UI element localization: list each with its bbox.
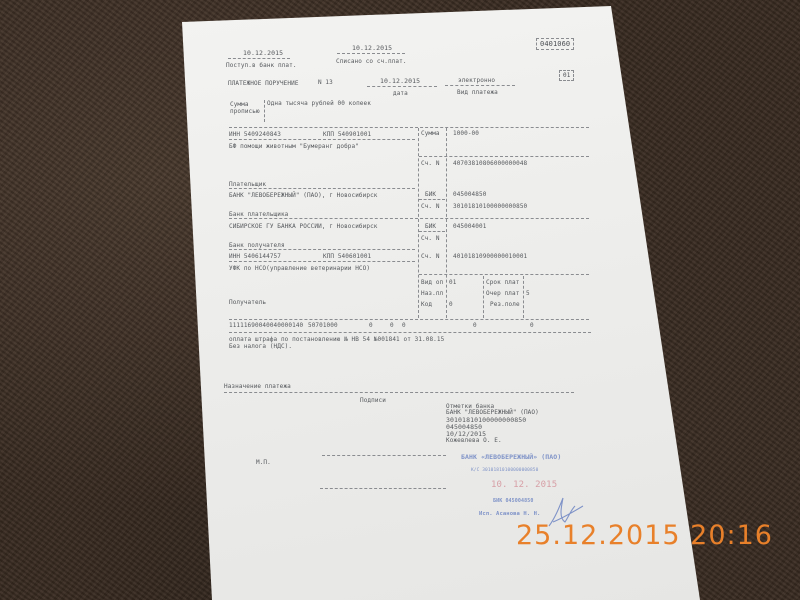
payer-bank-bik-label: БИК [425, 191, 436, 198]
payer-account-label: Сч. N [421, 160, 440, 167]
received-date: 10.12.2015 [243, 49, 283, 57]
debited-label: Списано со сч.плат. [336, 58, 407, 65]
divider [367, 86, 437, 87]
divider [229, 261, 415, 262]
payer-kpp: КПП 540901001 [323, 131, 371, 138]
tax-kbk: 11111690040040000140 [229, 322, 303, 329]
payer-bank-bik: 045004850 [453, 191, 486, 198]
amount-words-label: Сумма [230, 101, 249, 108]
payee-kpp: КПП 540601001 [323, 253, 371, 260]
payer-inn: ИНН 5409240843 [229, 131, 281, 138]
payment-type: электронно [458, 77, 495, 84]
signature-line-2 [320, 488, 446, 489]
camera-timestamp: 25.12.2015 20:16 [516, 520, 773, 551]
divider [337, 53, 405, 54]
divider [229, 249, 415, 250]
stamp-account: К/С 30101810100000000850 [471, 468, 538, 473]
payer-account: 40703810806000000048 [453, 160, 527, 167]
amount-words-label-2: прописью [230, 108, 260, 115]
payer-bank-name: БАНК "ЛЕВОБЕРЕЖНЫЙ" (ПАО), г Новосибирск [229, 192, 378, 199]
payment-order-document: 0401060 10.12.2015 Поступ.в банк плат. 1… [0, 0, 800, 600]
divider [229, 319, 589, 320]
debited-date: 10.12.2015 [352, 44, 392, 52]
tax-field-1: 0 [369, 322, 373, 329]
payee-label: Получатель [229, 299, 266, 306]
received-label: Поступ.в банк плат. [226, 62, 297, 69]
divider [483, 276, 484, 318]
tax-oktmo: 50701000 [308, 322, 338, 329]
payer-bank-label: Банк плательщика [229, 211, 288, 218]
purpose-code-label: Наз.пл [421, 290, 443, 297]
tax-field-5: 0 [530, 322, 534, 329]
reserve-label: Рез.поле [490, 301, 520, 308]
divider [229, 127, 589, 128]
divider [445, 85, 515, 86]
signature-line-1 [322, 455, 446, 456]
divider [229, 332, 591, 333]
payer-bank-account-label: Сч. N [421, 203, 440, 210]
divider [419, 156, 589, 157]
payee-bank-bik: 045004001 [453, 223, 486, 230]
payer-bank-account: 30101810100000000850 [453, 203, 527, 210]
sum-label: Сумма [421, 130, 440, 137]
op-type: 01 [449, 279, 456, 286]
term-label: Срок плат [486, 279, 519, 286]
divider [264, 100, 265, 122]
bank-marks-officer: Кожевлева О. Е. [446, 437, 502, 444]
divider [224, 392, 574, 393]
divider [419, 274, 589, 275]
bank-marks-bank: БАНК "ЛЕВОБЕРЕЖНЫЙ" (ПАО) [446, 409, 539, 416]
purpose-line-1: оплата штрафа по постановлению № НВ 54 №… [229, 336, 444, 343]
stamp-executor: Исп. Асанова Н. Н. [479, 511, 540, 517]
payee-name: УФК по НСО(управление ветеринарии НСО) [229, 265, 370, 272]
divider [419, 231, 445, 232]
payment-type-label: Вид платежа [457, 89, 498, 96]
tax-field-2: 0 [390, 322, 394, 329]
divider [229, 139, 415, 140]
payee-account: 40101810900000010001 [453, 253, 527, 260]
payee-inn: ИНН 5406144757 [229, 253, 281, 260]
tax-field-3: 0 [402, 322, 406, 329]
payee-bank-account-label: Сч. N [421, 235, 440, 242]
code: 0 [449, 301, 453, 308]
signatures-label: Подписи [360, 397, 386, 404]
order-title: ПЛАТЕЖНОЕ ПОРУЧЕНИЕ [228, 80, 299, 87]
divider [523, 276, 524, 318]
divider [229, 218, 589, 219]
order-date: 10.12.2015 [380, 77, 420, 85]
sum-value: 1000-00 [453, 130, 479, 137]
payee-bank-name: СИБИРСКОЕ ГУ БАНКА РОССИИ, г Новосибирск [229, 223, 378, 230]
payee-account-label: Сч. N [421, 253, 440, 260]
status-code: 01 [559, 70, 574, 81]
priority: 5 [526, 290, 530, 297]
divider [419, 199, 445, 200]
form-code: 0401060 [536, 38, 574, 50]
payer-name: БФ помощи животным "Бумеранг добра" [229, 143, 359, 150]
purpose-label: Назначение платежа [224, 383, 291, 390]
seal-label: М.П. [256, 459, 271, 466]
order-date-label: дата [393, 90, 408, 97]
payee-bank-bik-label: БИК [425, 223, 436, 230]
payer-label: Плательщик [229, 181, 266, 188]
purpose-line-2: Без налога (НДС). [229, 343, 292, 350]
op-type-label: Вид оп [421, 279, 443, 286]
priority-label: Очер плат [486, 290, 519, 297]
code-label: Код [421, 301, 432, 308]
payee-bank-label: Банк получателя [229, 242, 285, 249]
divider [229, 188, 415, 189]
amount-words: Одна тысяча рублей 00 копеек [267, 100, 371, 107]
divider [228, 58, 290, 59]
order-number: N 13 [318, 79, 333, 86]
stamp-date: 10. 12. 2015 [491, 480, 557, 490]
stamp-bik: БИК 045004850 [493, 498, 533, 504]
tax-field-4: 0 [473, 322, 477, 329]
stamp-bank: БАНК «ЛЕВОБЕРЕЖНЫЙ» (ПАО) [461, 453, 561, 461]
